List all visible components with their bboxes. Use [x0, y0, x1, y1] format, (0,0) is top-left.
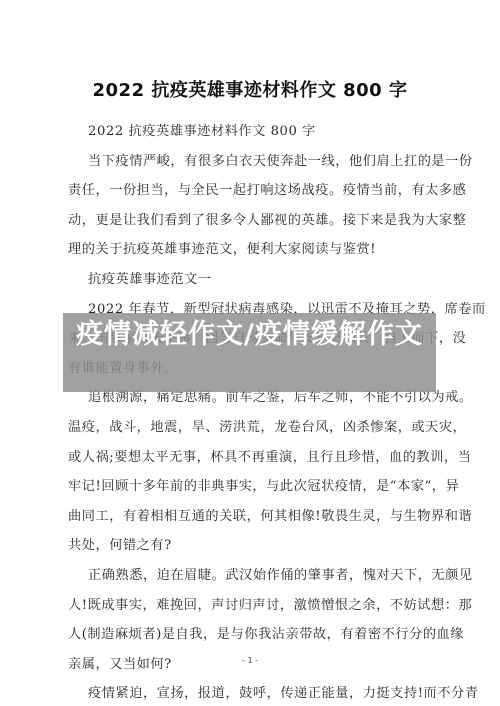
body-text-line: 或人祸;要想太平无事，杯具不再重演，且行且珍惜，血的教训，当 [68, 450, 440, 466]
document-title: 2022 抗疫英雄事迹材料作文 800 字 [0, 76, 500, 102]
body-text-line: 正确熟悉，迫在眉睫。武汉始作俑的肇事者，愧对天下，无颜见 [88, 568, 460, 584]
body-text-line: 2022 抗疫英雄事迹材料作文 800 字 [88, 124, 460, 140]
body-text-line: 理的关于抗疫英雄事迹范文，便利大家阅读与鉴赏! [68, 242, 440, 258]
body-text-line: 追根溯源，痛定思痛。前车之鉴，后车之师，不能不引以为戒。 [88, 390, 460, 406]
body-text-line: 当下疫情严峻，有很多白衣天使奔赴一线，他们肩上扛的是一份 [88, 154, 460, 170]
page-number: - 1 - [0, 656, 500, 665]
body-text-line: 动，更是让我们看到了很多令人鄙视的英雄。接下来是我为大家整 [68, 213, 440, 229]
body-text-line: 曲同工，有着相相互通的关联，何其相像!敬畏生灵，与生物界和谐 [68, 509, 440, 525]
body-text-line: 共处，何错之有? [68, 538, 440, 554]
body-text-line: 牢记!回顾十多年前的非典事实，与此次冠状疫情，是“本家”，异 [68, 479, 440, 495]
overlay-title: 疫情减轻作文/疫情缓解作文 [63, 318, 436, 352]
body-text-line: 责任，一份担当，与全民一起打响这场战疫。疫情当前，有太多感 [68, 183, 440, 199]
body-text-line: 人(制造麻烦者)是自我，是与你我沾亲带故，有着密不行分的血缘 [68, 627, 440, 643]
body-text-line: 人!既成事实，难挽回，声讨归声讨，激愤憎恨之余，不妨试想：那 [68, 598, 440, 614]
body-text-line: 抗疫英雄事迹范文一 [88, 272, 460, 288]
body-text-line: 温疫，战斗，地震，旱、涝洪荒，龙卷台风，凶杀惨案，或天灾， [68, 420, 440, 436]
body-text-line: 疫情紧迫，宣扬，报道，鼓呼，传递正能量，力挺支持!而不分青 [88, 686, 460, 702]
